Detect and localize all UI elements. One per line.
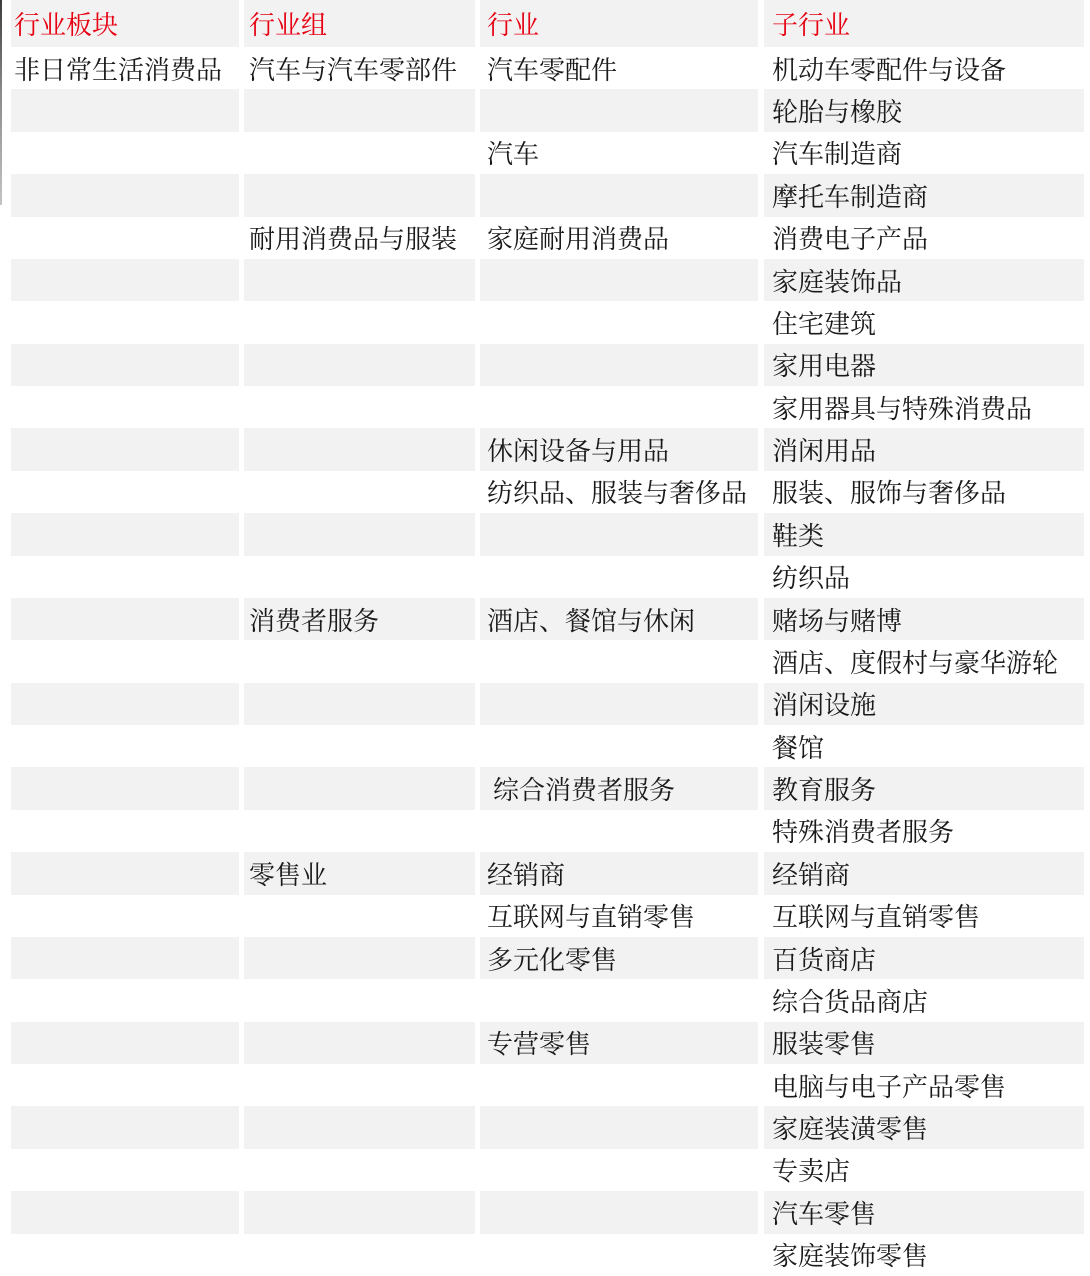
cell-sector <box>11 174 239 216</box>
cell-industry-group <box>244 89 475 131</box>
cell-sub-industry: 餐馆 <box>764 725 1084 767</box>
cell-industry: 互联网与直销零售 <box>480 895 758 937</box>
cell-sector <box>11 1149 239 1191</box>
cell-industry <box>480 683 758 725</box>
cell-sector <box>11 301 239 343</box>
industry-classification-table: 行业板块 行业组 行业 子行业 非日常生活消费品汽车与汽车零部件汽车零配件机动车… <box>0 0 1090 1276</box>
cell-industry-group: 耐用消费品与服装 <box>244 217 475 259</box>
table-row: 家用器具与特殊消费品 <box>0 386 1090 428</box>
cell-industry: 家庭耐用消费品 <box>480 217 758 259</box>
cell-industry-group <box>244 301 475 343</box>
cell-sector <box>11 132 239 174</box>
cell-industry-group <box>244 386 475 428</box>
cell-sector <box>11 386 239 428</box>
table-row: 汽车零售 <box>0 1191 1090 1233</box>
table-row: 轮胎与橡胶 <box>0 89 1090 131</box>
cell-sector <box>11 1022 239 1064</box>
cell-sub-industry: 家用电器 <box>764 344 1084 386</box>
cell-sector <box>11 979 239 1021</box>
cell-industry <box>480 1064 758 1106</box>
cell-sub-industry: 服装、服饰与奢侈品 <box>764 471 1084 513</box>
cell-sub-industry: 消闲设施 <box>764 683 1084 725</box>
column-header-industry-group: 行业组 <box>244 0 475 47</box>
cell-industry <box>480 1234 758 1276</box>
cell-sub-industry: 摩托车制造商 <box>764 174 1084 216</box>
table-row: 电脑与电子产品零售 <box>0 1064 1090 1106</box>
cell-industry <box>480 259 758 301</box>
cell-sub-industry: 经销商 <box>764 852 1084 894</box>
cell-industry <box>480 344 758 386</box>
table-row: 特殊消费者服务 <box>0 810 1090 852</box>
cell-sector <box>11 1191 239 1233</box>
cell-sub-industry: 专卖店 <box>764 1149 1084 1191</box>
cell-sub-industry: 汽车零售 <box>764 1191 1084 1233</box>
table-row: 酒店、度假村与豪华游轮 <box>0 640 1090 682</box>
cell-sub-industry: 综合货品商店 <box>764 979 1084 1021</box>
cell-industry <box>480 301 758 343</box>
cell-sector <box>11 344 239 386</box>
cell-sub-industry: 消费电子产品 <box>764 217 1084 259</box>
cell-sector <box>11 89 239 131</box>
cell-industry-group: 零售业 <box>244 852 475 894</box>
cell-industry: 综合消费者服务 <box>480 767 758 809</box>
cell-industry-group <box>244 979 475 1021</box>
table-row: 专营零售服装零售 <box>0 1022 1090 1064</box>
table-row: 纺织品 <box>0 556 1090 598</box>
cell-industry-group <box>244 810 475 852</box>
cell-sector <box>11 1234 239 1276</box>
table-row: 综合货品商店 <box>0 979 1090 1021</box>
cell-sector: 非日常生活消费品 <box>11 47 239 89</box>
cell-industry-group <box>244 428 475 470</box>
table-row: 家庭装饰零售 <box>0 1234 1090 1276</box>
table-row: 家庭装潢零售 <box>0 1106 1090 1148</box>
cell-sub-industry: 家庭装潢零售 <box>764 1106 1084 1148</box>
cell-industry-group <box>244 344 475 386</box>
cell-industry-group <box>244 132 475 174</box>
cell-industry-group <box>244 259 475 301</box>
cell-industry-group <box>244 1191 475 1233</box>
cell-sub-industry: 赌场与赌博 <box>764 598 1084 640</box>
cell-sector <box>11 598 239 640</box>
cell-sector <box>11 640 239 682</box>
table-header-row: 行业板块 行业组 行业 子行业 <box>0 0 1090 47</box>
table-row: 多元化零售百货商店 <box>0 937 1090 979</box>
table-row: 休闲设备与用品消闲用品 <box>0 428 1090 470</box>
table-row: 互联网与直销零售互联网与直销零售 <box>0 895 1090 937</box>
cell-sub-industry: 家庭装饰品 <box>764 259 1084 301</box>
cell-industry: 休闲设备与用品 <box>480 428 758 470</box>
table-row: 消费者服务酒店、餐馆与休闲赌场与赌博 <box>0 598 1090 640</box>
cell-industry <box>480 725 758 767</box>
scroll-indicator[interactable] <box>0 0 2 205</box>
cell-sector <box>11 895 239 937</box>
cell-industry: 多元化零售 <box>480 937 758 979</box>
column-header-industry: 行业 <box>480 0 758 47</box>
cell-sector <box>11 937 239 979</box>
table-row: 家庭装饰品 <box>0 259 1090 301</box>
cell-industry-group <box>244 895 475 937</box>
table-row: 鞋类 <box>0 513 1090 555</box>
cell-industry: 专营零售 <box>480 1022 758 1064</box>
cell-industry <box>480 640 758 682</box>
table-row: 纺织品、服装与奢侈品服装、服饰与奢侈品 <box>0 471 1090 513</box>
cell-industry-group: 汽车与汽车零部件 <box>244 47 475 89</box>
cell-industry <box>480 174 758 216</box>
cell-industry-group <box>244 1022 475 1064</box>
table-row: 住宅建筑 <box>0 301 1090 343</box>
cell-industry-group <box>244 767 475 809</box>
table-row: 耐用消费品与服装家庭耐用消费品消费电子产品 <box>0 217 1090 259</box>
cell-industry <box>480 1191 758 1233</box>
cell-sector <box>11 1064 239 1106</box>
cell-industry-group <box>244 556 475 598</box>
cell-sector <box>11 683 239 725</box>
cell-sub-industry: 鞋类 <box>764 513 1084 555</box>
cell-sub-industry: 电脑与电子产品零售 <box>764 1064 1084 1106</box>
table-row: 非日常生活消费品汽车与汽车零部件汽车零配件机动车零配件与设备 <box>0 47 1090 89</box>
industry-table-body: 非日常生活消费品汽车与汽车零部件汽车零配件机动车零配件与设备轮胎与橡胶汽车汽车制… <box>0 47 1090 1276</box>
cell-sector <box>11 259 239 301</box>
cell-sub-industry: 特殊消费者服务 <box>764 810 1084 852</box>
cell-industry-group <box>244 683 475 725</box>
cell-sub-industry: 家用器具与特殊消费品 <box>764 386 1084 428</box>
cell-sub-industry: 汽车制造商 <box>764 132 1084 174</box>
cell-sub-industry: 消闲用品 <box>764 428 1084 470</box>
cell-industry: 纺织品、服装与奢侈品 <box>480 471 758 513</box>
cell-industry-group: 消费者服务 <box>244 598 475 640</box>
cell-industry-group <box>244 725 475 767</box>
cell-industry: 经销商 <box>480 852 758 894</box>
cell-industry <box>480 979 758 1021</box>
cell-sector <box>11 767 239 809</box>
table-row: 消闲设施 <box>0 683 1090 725</box>
cell-industry-group <box>244 471 475 513</box>
cell-industry-group <box>244 937 475 979</box>
cell-industry <box>480 556 758 598</box>
column-header-sector: 行业板块 <box>11 0 239 47</box>
cell-sub-industry: 酒店、度假村与豪华游轮 <box>764 640 1084 682</box>
table-row: 摩托车制造商 <box>0 174 1090 216</box>
cell-sub-industry: 互联网与直销零售 <box>764 895 1084 937</box>
cell-sector <box>11 471 239 513</box>
cell-industry-group <box>244 1064 475 1106</box>
cell-industry-group <box>244 1234 475 1276</box>
cell-sector <box>11 852 239 894</box>
column-header-sub-industry: 子行业 <box>764 0 1084 47</box>
cell-sub-industry: 轮胎与橡胶 <box>764 89 1084 131</box>
cell-industry <box>480 810 758 852</box>
cell-sub-industry: 机动车零配件与设备 <box>764 47 1084 89</box>
cell-sector <box>11 810 239 852</box>
cell-sector <box>11 513 239 555</box>
cell-industry <box>480 1106 758 1148</box>
cell-sub-industry: 纺织品 <box>764 556 1084 598</box>
cell-sub-industry: 住宅建筑 <box>764 301 1084 343</box>
table-row: 专卖店 <box>0 1149 1090 1191</box>
cell-sector <box>11 556 239 598</box>
table-row: 汽车汽车制造商 <box>0 132 1090 174</box>
table-row: 零售业经销商经销商 <box>0 852 1090 894</box>
cell-industry: 酒店、餐馆与休闲 <box>480 598 758 640</box>
cell-industry <box>480 386 758 428</box>
cell-sector <box>11 217 239 259</box>
cell-industry <box>480 513 758 555</box>
cell-sub-industry: 教育服务 <box>764 767 1084 809</box>
table-row: 综合消费者服务教育服务 <box>0 767 1090 809</box>
cell-sub-industry: 百货商店 <box>764 937 1084 979</box>
cell-sub-industry: 服装零售 <box>764 1022 1084 1064</box>
cell-industry-group <box>244 1149 475 1191</box>
cell-industry-group <box>244 174 475 216</box>
cell-industry: 汽车 <box>480 132 758 174</box>
table-row: 家用电器 <box>0 344 1090 386</box>
cell-sector <box>11 725 239 767</box>
cell-industry <box>480 89 758 131</box>
cell-sub-industry: 家庭装饰零售 <box>764 1234 1084 1276</box>
cell-industry-group <box>244 1106 475 1148</box>
cell-industry: 汽车零配件 <box>480 47 758 89</box>
cell-industry-group <box>244 640 475 682</box>
cell-sector <box>11 428 239 470</box>
cell-sector <box>11 1106 239 1148</box>
cell-industry <box>480 1149 758 1191</box>
cell-industry-group <box>244 513 475 555</box>
table-row: 餐馆 <box>0 725 1090 767</box>
